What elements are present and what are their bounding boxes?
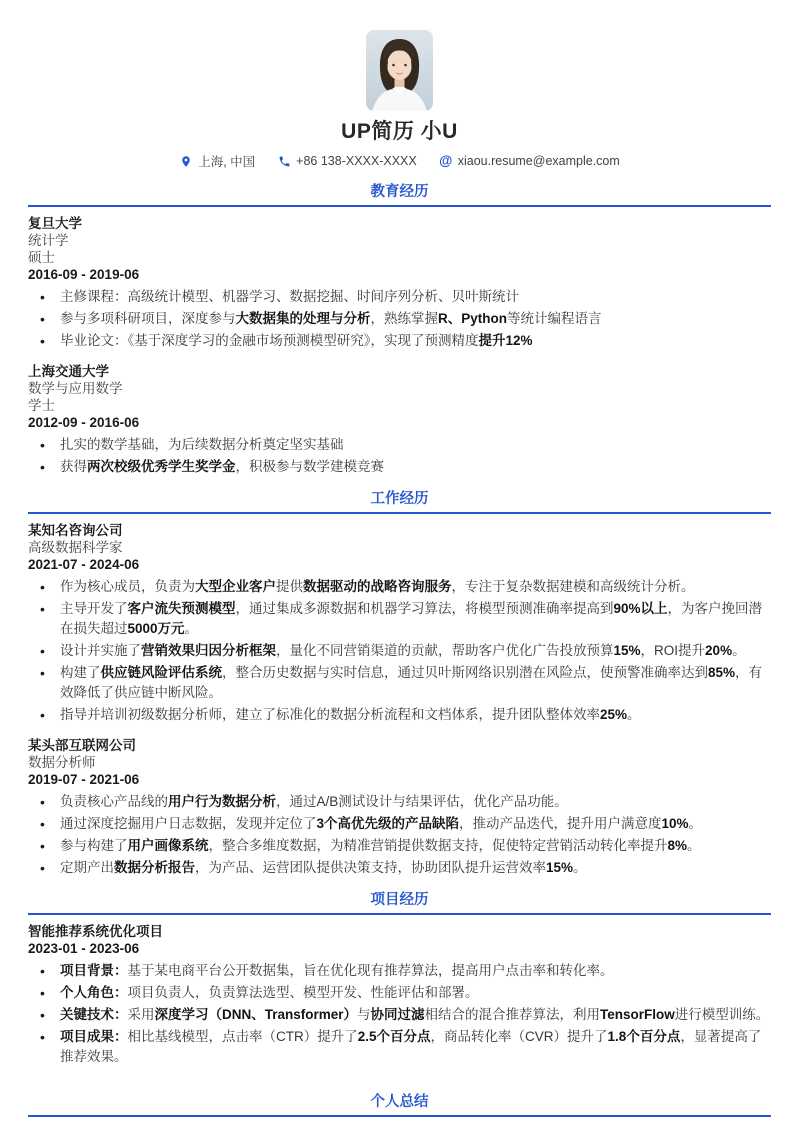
bullet-item: 负责核心产品线的用户行为数据分析，通过A/B测试设计与结果评估，优化产品功能。: [28, 792, 771, 812]
resume-section: 个人总结: [28, 1093, 771, 1117]
bullet-item: 项目成果：相比基线模型，点击率（CTR）提升了2.5个百分点，商品转化率（CVR…: [28, 1027, 771, 1067]
bullet-list: 主修课程：高级统计模型、机器学习、数据挖掘、时间序列分析、贝叶斯统计参与多项科研…: [28, 287, 771, 351]
bold-text-run: 数据驱动的战略咨询服务: [303, 579, 452, 594]
text-run: 定期产出: [60, 860, 114, 875]
bold-text-run: 1.8个百分点: [608, 1029, 681, 1044]
bold-text-run: 个人角色：: [60, 985, 128, 1000]
contact-phone-text: +86 138-XXXX-XXXX: [296, 154, 417, 168]
resume-section: 教育经历复旦大学统计学硕士2016-09 - 2019-06主修课程：高级统计模…: [28, 183, 771, 477]
bold-text-run: 85%: [708, 665, 735, 680]
bold-text-run: 8%: [668, 838, 688, 853]
portrait-photo-icon: [366, 30, 433, 111]
text-run: 参与构建了: [60, 838, 128, 853]
text-run: 指导并培训初级数据分析师，建立了标准化的数据分析流程和文档体系，提升团队整体效率: [60, 707, 600, 722]
section-title: 个人总结: [28, 1093, 771, 1111]
contact-row: 上海, 中国 +86 138-XXXX-XXXX @ xiaou.resume@…: [28, 152, 771, 170]
bullet-item: 参与构建了用户画像系统，整合多维度数据，为精准营销提供数据支持，促使特定营销活动…: [28, 836, 771, 856]
resume-section: 项目经历智能推荐系统优化项目2023-01 - 2023-06项目背景：基于某电…: [28, 891, 771, 1067]
bold-text-run: 2.5个百分点: [358, 1029, 431, 1044]
text-run: 主导开发了: [60, 601, 128, 616]
text-run: ，ROI提升: [641, 643, 706, 658]
text-run: 。: [732, 643, 746, 658]
bold-text-run: 大数据集的处理与分析: [236, 311, 371, 326]
bold-text-run: 5000万元: [128, 621, 185, 636]
text-run: ，通过集成多源数据和机器学习算法，将模型预测准确率提高到: [236, 601, 614, 616]
entry: 某知名咨询公司高级数据科学家2021-07 - 2024-06作为核心成员，负责…: [28, 522, 771, 725]
section-header: 工作经历: [28, 490, 771, 514]
entry-subline: 数学与应用数学: [28, 380, 771, 397]
text-run: 采用: [128, 1007, 155, 1022]
bold-text-run: 项目背景：: [60, 963, 128, 978]
entry-heading: 某知名咨询公司: [28, 522, 771, 539]
entry-subline: 学士: [28, 397, 771, 414]
section-title: 项目经历: [28, 891, 771, 909]
bold-text-run: 15%: [546, 860, 573, 875]
person-name: UP简历 小U: [28, 119, 771, 145]
bold-text-run: 大型企业客户: [195, 579, 276, 594]
section-header: 项目经历: [28, 891, 771, 915]
text-run: ，商品转化率（CVR）提升了: [431, 1029, 608, 1044]
bold-text-run: 营销效果归因分析框架: [141, 643, 276, 658]
text-run: 。: [627, 707, 641, 722]
text-run: ，整合多维度数据，为精准营销提供数据支持，促使特定营销活动转化率提升: [209, 838, 668, 853]
text-run: 。: [185, 621, 199, 636]
section-header: 教育经历: [28, 183, 771, 207]
entry-date: 2021-07 - 2024-06: [28, 556, 771, 573]
bold-text-run: 20%: [705, 643, 732, 658]
text-run: ，推动产品迭代，提升用户满意度: [459, 816, 662, 831]
bold-text-run: 10%: [662, 816, 689, 831]
entry-subline: 高级数据科学家: [28, 539, 771, 556]
bold-text-run: 90%以上: [614, 601, 668, 616]
entry: 复旦大学统计学硕士2016-09 - 2019-06主修课程：高级统计模型、机器…: [28, 215, 771, 351]
bold-text-run: TensorFlow: [600, 1007, 675, 1022]
bold-text-run: 15%: [614, 643, 641, 658]
entry-subline: 硕士: [28, 249, 771, 266]
bullet-item: 参与多项科研项目，深度参与大数据集的处理与分析，熟练掌握R、Python等统计编…: [28, 309, 771, 329]
text-run: ，专注于复杂数据建模和高级统计分析。: [452, 579, 695, 594]
bold-text-run: 供应链风险评估系统: [101, 665, 223, 680]
text-run: 。: [573, 860, 587, 875]
text-run: 扎实的数学基础，为后续数据分析奠定坚实基础: [60, 437, 344, 452]
bullet-item: 作为核心成员，负责为大型企业客户提供数据驱动的战略咨询服务，专注于复杂数据建模和…: [28, 577, 771, 597]
text-run: ，量化不同营销渠道的贡献，帮助客户优化广告投放预算: [276, 643, 614, 658]
contact-phone: +86 138-XXXX-XXXX: [277, 154, 417, 168]
bullet-item: 指导并培训初级数据分析师，建立了标准化的数据分析流程和文档体系，提升团队整体效率…: [28, 705, 771, 725]
contact-location-text: 上海, 中国: [198, 152, 255, 170]
text-run: 构建了: [60, 665, 101, 680]
phone-icon: [277, 154, 291, 168]
text-run: ，积极参与数学建模竞赛: [236, 459, 385, 474]
entry-date: 2012-09 - 2016-06: [28, 414, 771, 431]
entry: 上海交通大学数学与应用数学学士2012-09 - 2016-06扎实的数学基础，…: [28, 363, 771, 477]
text-run: 作为核心成员，负责为: [60, 579, 195, 594]
entry-heading: 智能推荐系统优化项目: [28, 923, 771, 940]
text-run: 。: [687, 838, 701, 853]
resume-page: UP简历 小U 上海, 中国 +86 138-XXXX-XXXX @ xiaou…: [0, 0, 799, 1130]
text-run: 设计并实施了: [60, 643, 141, 658]
bold-text-run: 项目成果：: [60, 1029, 128, 1044]
bold-text-run: 两次校级优秀学生奖学金: [87, 459, 236, 474]
bullet-item: 设计并实施了营销效果归因分析框架，量化不同营销渠道的贡献，帮助客户优化广告投放预…: [28, 641, 771, 661]
text-run: ，熟练掌握: [371, 311, 439, 326]
text-run: 通过深度挖掘用户日志数据，发现并定位了: [60, 816, 317, 831]
at-sign-icon: @: [439, 154, 453, 168]
location-pin-icon: [179, 154, 193, 168]
text-run: ，整合历史数据与实时信息，通过贝叶斯网络识别潜在风险点，使预警准确率达到: [222, 665, 708, 680]
bold-text-run: 客户流失预测模型: [128, 601, 236, 616]
bullet-item: 主修课程：高级统计模型、机器学习、数据挖掘、时间序列分析、贝叶斯统计: [28, 287, 771, 307]
resume-section: 工作经历某知名咨询公司高级数据科学家2021-07 - 2024-06作为核心成…: [28, 490, 771, 878]
bullet-item: 个人角色：项目负责人，负责算法选型、模型开发、性能评估和部署。: [28, 983, 771, 1003]
bold-text-run: 用户行为数据分析: [168, 794, 276, 809]
profile-photo: [366, 30, 433, 111]
contact-email: @ xiaou.resume@example.com: [439, 154, 620, 168]
contact-email-text: xiaou.resume@example.com: [458, 154, 620, 168]
sections-container: 教育经历复旦大学统计学硕士2016-09 - 2019-06主修课程：高级统计模…: [28, 183, 771, 1117]
text-run: 相比基线模型，点击率（CTR）提升了: [128, 1029, 358, 1044]
bullet-list: 扎实的数学基础，为后续数据分析奠定坚实基础获得两次校级优秀学生奖学金，积极参与数…: [28, 435, 771, 477]
entry-heading: 复旦大学: [28, 215, 771, 232]
section-header: 个人总结: [28, 1093, 771, 1117]
entry-date: 2016-09 - 2019-06: [28, 266, 771, 283]
text-run: 与: [357, 1007, 371, 1022]
bold-text-run: 协同过滤: [371, 1007, 425, 1022]
text-run: 项目负责人，负责算法选型、模型开发、性能评估和部署。: [128, 985, 479, 1000]
bullet-list: 负责核心产品线的用户行为数据分析，通过A/B测试设计与结果评估，优化产品功能。通…: [28, 792, 771, 878]
section-title: 工作经历: [28, 490, 771, 508]
bullet-item: 通过深度挖掘用户日志数据，发现并定位了3个高优先级的产品缺陷，推动产品迭代，提升…: [28, 814, 771, 834]
entry: 智能推荐系统优化项目2023-01 - 2023-06项目背景：基于某电商平台公…: [28, 923, 771, 1067]
text-run: 提供: [276, 579, 303, 594]
entry: 某头部互联网公司数据分析师2019-07 - 2021-06负责核心产品线的用户…: [28, 737, 771, 878]
bold-text-run: R、Python: [438, 311, 507, 326]
text-run: ，通过A/B测试设计与结果评估，优化产品功能。: [276, 794, 568, 809]
bullet-item: 扎实的数学基础，为后续数据分析奠定坚实基础: [28, 435, 771, 455]
text-run: 毕业论文：《基于深度学习的金融市场预测模型研究》，实现了预测精度: [60, 333, 479, 348]
text-run: 基于某电商平台公开数据集，旨在优化现有推荐算法，提高用户点击率和转化率。: [128, 963, 614, 978]
entry-subline: 统计学: [28, 232, 771, 249]
bold-text-run: 数据分析报告: [114, 860, 195, 875]
bullet-item: 毕业论文：《基于深度学习的金融市场预测模型研究》，实现了预测精度提升12%: [28, 331, 771, 351]
bold-text-run: 深度学习（DNN、Transformer）: [155, 1007, 358, 1022]
entry-heading: 某头部互联网公司: [28, 737, 771, 754]
bullet-item: 主导开发了客户流失预测模型，通过集成多源数据和机器学习算法，将模型预测准确率提高…: [28, 599, 771, 639]
entry-heading: 上海交通大学: [28, 363, 771, 380]
contact-location: 上海, 中国: [179, 152, 255, 170]
section-title: 教育经历: [28, 183, 771, 201]
bold-text-run: 用户画像系统: [128, 838, 209, 853]
bold-text-run: 关键技术：: [60, 1007, 128, 1022]
bullet-item: 构建了供应链风险评估系统，整合历史数据与实时信息，通过贝叶斯网络识别潜在风险点，…: [28, 663, 771, 703]
bold-text-run: 25%: [600, 707, 627, 722]
bullet-item: 获得两次校级优秀学生奖学金，积极参与数学建模竞赛: [28, 457, 771, 477]
text-run: 相结合的混合推荐算法，利用: [425, 1007, 601, 1022]
text-run: 等统计编程语言: [507, 311, 602, 326]
entry-date: 2019-07 - 2021-06: [28, 771, 771, 788]
bold-text-run: 提升12%: [479, 333, 533, 348]
bullet-list: 项目背景：基于某电商平台公开数据集，旨在优化现有推荐算法，提高用户点击率和转化率…: [28, 961, 771, 1067]
bullet-item: 项目背景：基于某电商平台公开数据集，旨在优化现有推荐算法，提高用户点击率和转化率…: [28, 961, 771, 981]
entry-date: 2023-01 - 2023-06: [28, 940, 771, 957]
text-run: ，为产品、运营团队提供决策支持，协助团队提升运营效率: [195, 860, 546, 875]
text-run: 。: [689, 816, 703, 831]
resume-header: UP简历 小U 上海, 中国 +86 138-XXXX-XXXX @ xiaou…: [28, 30, 771, 170]
text-run: 参与多项科研项目，深度参与: [60, 311, 236, 326]
bullet-item: 关键技术：采用深度学习（DNN、Transformer）与协同过滤相结合的混合推…: [28, 1005, 771, 1025]
entry-subline: 数据分析师: [28, 754, 771, 771]
text-run: 进行模型训练。: [675, 1007, 770, 1022]
bold-text-run: 3个高优先级的产品缺陷: [317, 816, 460, 831]
text-run: 主修课程：高级统计模型、机器学习、数据挖掘、时间序列分析、贝叶斯统计: [60, 289, 519, 304]
text-run: 负责核心产品线的: [60, 794, 168, 809]
bullet-item: 定期产出数据分析报告，为产品、运营团队提供决策支持，协助团队提升运营效率15%。: [28, 858, 771, 878]
bullet-list: 作为核心成员，负责为大型企业客户提供数据驱动的战略咨询服务，专注于复杂数据建模和…: [28, 577, 771, 725]
text-run: 获得: [60, 459, 87, 474]
